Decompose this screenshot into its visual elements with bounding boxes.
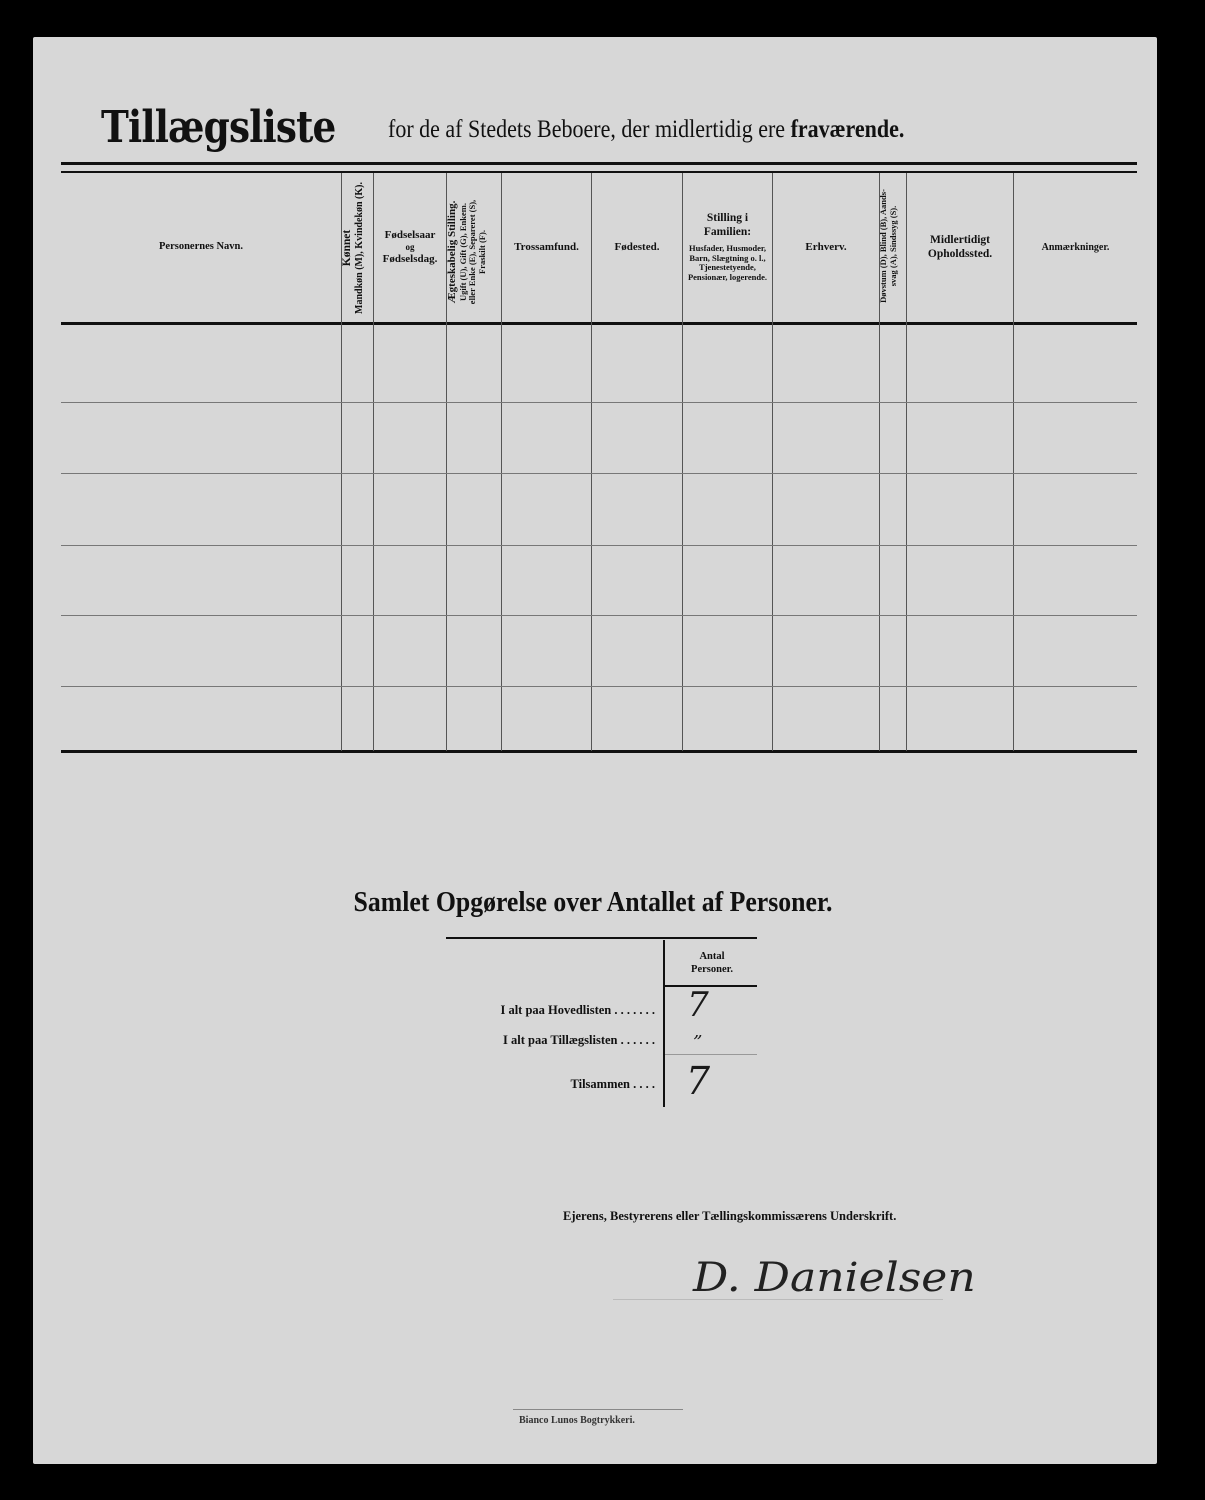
signature-line: [613, 1299, 943, 1300]
header-aegteskab-title: Ægteskabelig Stilling.: [446, 178, 459, 326]
census-form-page: Tillægsliste for de af Stedets Beboere, …: [33, 37, 1157, 1464]
header-stilling-title2: Familien:: [704, 226, 751, 240]
header-fodselsaar-line2: og: [406, 242, 415, 253]
header-fodested: Fødested.: [592, 173, 682, 322]
header-erhverv: Erhverv.: [773, 173, 879, 322]
table-row: [61, 474, 1137, 545]
printer-imprint: Bianco Lunos Bogtrykkeri.: [519, 1415, 635, 1426]
table-row: [61, 546, 1137, 615]
header-stilling-i-familien: Stilling i Familien: Husfader, Husmoder,…: [683, 173, 772, 322]
summary-value-tillaegslisten: „: [678, 1021, 718, 1042]
printer-rule: [513, 1409, 683, 1410]
header-lyte-line2: svag (A), Sindssyg (S).: [889, 172, 899, 320]
header-fodselsaar: Fødselsaar og Fødselsdag.: [374, 173, 446, 322]
summary-header-line2: Personer.: [691, 964, 733, 977]
header-stilling-detail: Husfader, Husmoder, Barn, Slægtning o. l…: [683, 244, 772, 283]
summary-header-line1: Antal: [699, 951, 724, 964]
header-kjonnet-detail: Mandkøn (M), Kvindekøn (K).: [354, 173, 366, 323]
form-title: Tillægsliste: [101, 103, 335, 153]
header-kjonnet: Kønnet Mandkøn (M), Kvindekøn (K).: [341, 173, 373, 323]
signature: D. Danielsen: [693, 1255, 976, 1301]
summary-column-header: Antal Personer.: [667, 944, 757, 984]
header-stilling-title1: Stilling i: [707, 212, 748, 226]
summary-title: Samlet Opgørelse over Antallet af Person…: [335, 887, 850, 919]
header-personernes-navn: Personernes Navn.: [61, 173, 341, 322]
header-anmaerkninger: Anmærkninger.: [1014, 173, 1137, 322]
header-opholdssted-line2: Opholdssted.: [928, 248, 992, 262]
summary-label-tillaegslisten: I alt paa Tillægslisten . . . . . .: [413, 1033, 655, 1048]
header-trossamfund: Trossamfund.: [502, 173, 591, 322]
summary-top-rule: [446, 937, 757, 939]
signature-caption: Ejerens, Bestyrerens eller Tællingskommi…: [563, 1209, 896, 1224]
form-subtitle: for de af Stedets Beboere, der midlertid…: [388, 115, 904, 145]
summary-label-tilsammen: Tilsammen . . . .: [413, 1077, 655, 1092]
header-fodselsaar-line3: Fødselsdag.: [383, 253, 438, 266]
summary-label-hovedlisten: I alt paa Hovedlisten . . . . . . .: [413, 1003, 655, 1018]
summary-value-tilsammen: 7: [673, 1059, 723, 1103]
title-rule: [61, 162, 1137, 165]
table-row: [61, 403, 1137, 473]
header-opholdssted-line1: Midlertidigt: [930, 234, 990, 248]
header-fodselsaar-line1: Fødselsaar: [385, 229, 436, 242]
form-subtitle-text: for de af Stedets Beboere, der midlertid…: [388, 116, 785, 143]
header-opholdssted: Midlertidigt Opholdssted.: [907, 173, 1013, 322]
summary-subtotal-rule: [665, 1054, 757, 1055]
header-aegteskab-detail3: Fraskilt (F).: [478, 178, 488, 326]
summary-value-hovedlisten: 7: [673, 985, 723, 1025]
header-lyte: Døvstum (D), Blind (B), Aands- svag (A),…: [879, 172, 905, 320]
table-bottom-rule: [61, 750, 1137, 753]
summary-divider-vertical: [663, 940, 665, 1107]
header-kjonnet-title: Kønnet: [341, 173, 354, 323]
header-aegteskab: Ægteskabelig Stilling. Ugift (U), Gift (…: [446, 178, 500, 326]
table-row: [61, 325, 1137, 402]
table-row: [61, 616, 1137, 686]
table-row: [61, 687, 1137, 750]
form-subtitle-emphasis: fraværende.: [791, 116, 905, 143]
